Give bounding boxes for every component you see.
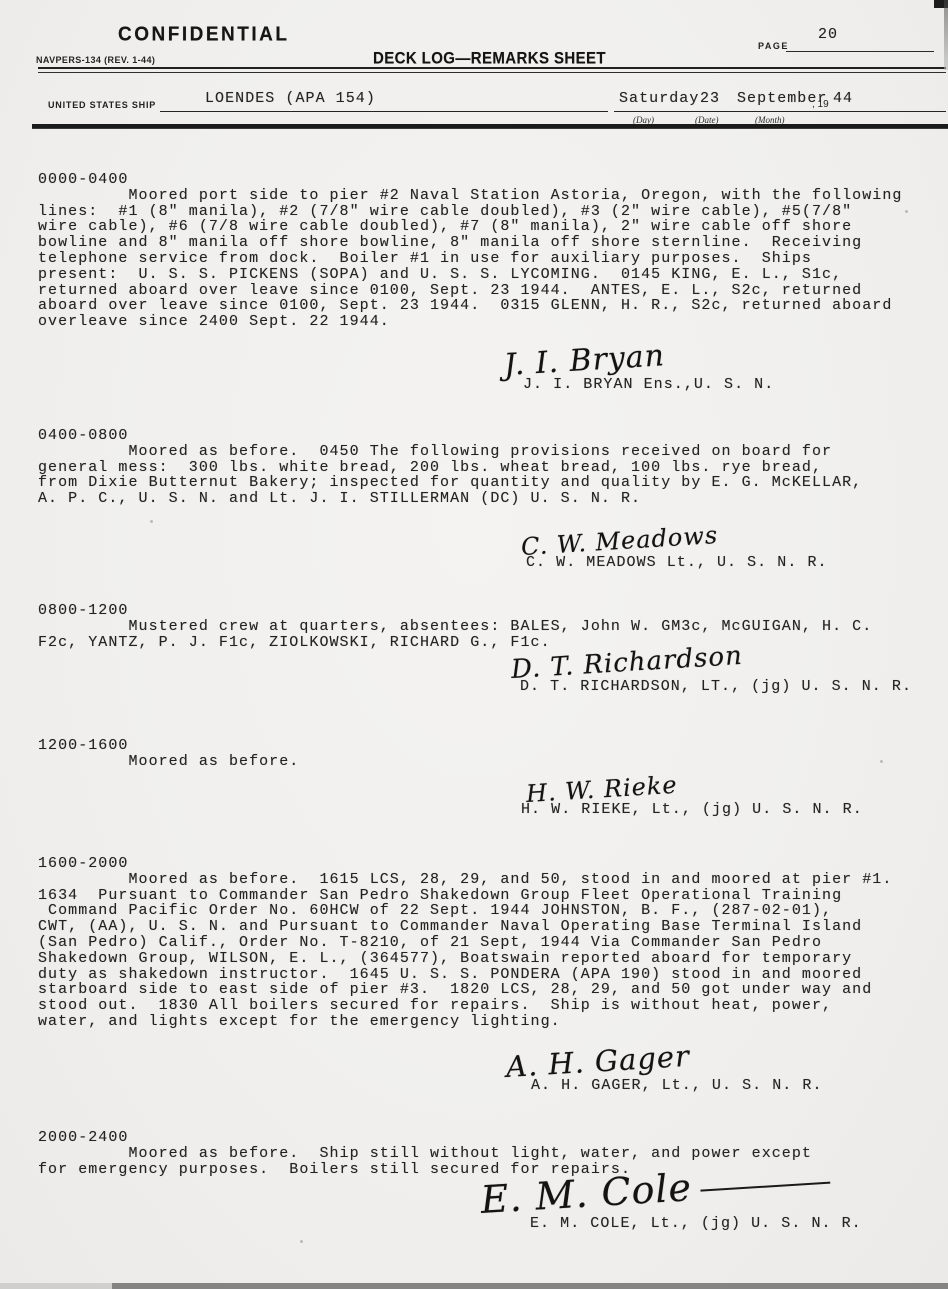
entry-line: lines: #1 (8" manila), #2 (7/8" wire cab… xyxy=(38,204,940,220)
scan-speck xyxy=(300,1240,303,1243)
entry-line: A. P. C., U. S. N. and Lt. J. I. STILLER… xyxy=(38,491,940,507)
entry-line: CWT, (AA), U. S. N. and Pursuant to Comm… xyxy=(38,919,940,935)
entry-line: Moored port side to pier #2 Naval Statio… xyxy=(38,188,940,204)
log-entry: 0000-0400 Moored port side to pier #2 Na… xyxy=(38,172,940,330)
signature-typed-name: C. W. MEADOWS Lt., U. S. N. R. xyxy=(526,555,948,571)
signature-handwriting: J. I. Bryan xyxy=(503,321,944,383)
signature-typed-name: D. T. RICHARDSON, LT., (jg) U. S. N. R. xyxy=(520,679,948,695)
entry-line: (San Pedro) Calif., Order No. T-8210, of… xyxy=(38,935,940,951)
signature-typed-name: E. M. COLE, Lt., (jg) U. S. N. R. xyxy=(530,1216,922,1232)
entry-line: bowline and 8" manila off shore bowline,… xyxy=(38,235,940,251)
classification-stamp: CONFIDENTIAL xyxy=(118,23,289,46)
entry-time-range: 1200-1600 xyxy=(38,738,940,754)
ship-name-underline xyxy=(160,111,608,112)
entry-line: general mess: 300 lbs. white bread, 200 … xyxy=(38,460,940,476)
signature-block: A. H. GagerA. H. GAGER, Lt., U. S. N. R. xyxy=(507,1050,947,1094)
ship-name: LOENDES (APA 154) xyxy=(205,91,376,107)
signature-typed-name: A. H. GAGER, Lt., U. S. N. R. xyxy=(531,1078,947,1094)
scan-speck xyxy=(905,210,908,213)
entry-line: aboard over leave since 0100, Sept. 23 1… xyxy=(38,298,940,314)
signature-block: C. W. MeadowsC. W. MEADOWS Lt., U. S. N.… xyxy=(522,533,948,571)
scan-right-edge xyxy=(944,0,948,70)
signature-block: D. T. RichardsonD. T. RICHARDSON, LT., (… xyxy=(512,655,948,695)
entry-line: Shakedown Group, WILSON, E. L., (364577)… xyxy=(38,951,940,967)
scan-bottom-bar xyxy=(112,1283,948,1289)
entry-line: stood out. 1830 All boilers secured for … xyxy=(38,998,940,1014)
entry-line: telephone service from dock. Boiler #1 i… xyxy=(38,251,940,267)
date-day: Saturday xyxy=(619,91,699,107)
entry-time-range: 0400-0800 xyxy=(38,428,940,444)
header-rule-top xyxy=(38,67,946,69)
page-title: DECK LOG—REMARKS SHEET xyxy=(373,49,606,67)
entry-time-range: 0000-0400 xyxy=(38,172,940,188)
header-rule-bottom xyxy=(38,72,946,73)
form-number: NAVPERS-134 (REV. 1-44) xyxy=(36,55,155,65)
entry-time-range: 0800-1200 xyxy=(38,603,940,619)
entry-line: Command Pacific Order No. 60HCW of 22 Se… xyxy=(38,903,940,919)
entry-line: returned aboard over leave since 0100, S… xyxy=(38,283,940,299)
year-prefix: , 19 xyxy=(812,99,829,110)
signature-block: E. M. ColeE. M. COLE, Lt., (jg) U. S. N.… xyxy=(482,1178,922,1232)
entry-line: Moored as before. 0450 The following pro… xyxy=(38,444,940,460)
signature-handwriting: C. W. Meadows xyxy=(520,506,948,561)
deck-log-scanned-page: { "form": { "classification": "CONFIDENT… xyxy=(0,0,948,1289)
signature-block: J. I. BryanJ. I. BRYAN Ens.,U. S. N. xyxy=(505,348,945,393)
date-underline xyxy=(614,111,946,112)
entry-line: from Dixie Butternut Bakery; inspected f… xyxy=(38,475,940,491)
signature-typed-name: J. I. BRYAN Ens.,U. S. N. xyxy=(523,377,945,393)
signature-block: H. W. RiekeH. W. RIEKE, Lt., (jg) U. S. … xyxy=(527,780,948,818)
entry-line: present: U. S. S. PICKENS (SOPA) and U. … xyxy=(38,267,940,283)
ship-label: UNITED STATES SHIP xyxy=(48,100,156,110)
header-heavy-rule xyxy=(32,124,948,129)
entry-line: Mustered crew at quarters, absentees: BA… xyxy=(38,619,940,635)
scan-bottom-fade xyxy=(0,1283,112,1289)
log-entry: 0400-0800 Moored as before. 0450 The fol… xyxy=(38,428,940,507)
entry-time-range: 1600-2000 xyxy=(38,856,940,872)
entry-line: 1634 Pursuant to Commander San Pedro Sha… xyxy=(38,888,940,904)
entry-time-range: 2000-2400 xyxy=(38,1130,940,1146)
entry-line: wire cable), #6 (7/8 wire cable doubled)… xyxy=(38,219,940,235)
page-number-underline xyxy=(786,51,934,52)
entry-line: overleave since 2400 Sept. 22 1944. xyxy=(38,314,940,330)
log-entry: 1600-2000 Moored as before. 1615 LCS, 28… xyxy=(38,856,940,1030)
signature-handwriting: A. H. Gager xyxy=(505,1023,946,1084)
date-number: 23 xyxy=(700,91,720,107)
entry-line: duty as shakedown instructor. 1645 U. S.… xyxy=(38,967,940,983)
scan-speck xyxy=(150,520,153,523)
page-label: PAGE xyxy=(758,41,789,51)
page-number: 20 xyxy=(818,27,838,43)
scan-speck xyxy=(880,760,883,763)
entry-line: water, and lights except for the emergen… xyxy=(38,1014,940,1030)
entry-line: starboard side to east side of pier #3. … xyxy=(38,982,940,998)
entry-line: Moored as before. 1615 LCS, 28, 29, and … xyxy=(38,872,940,888)
date-year: 44 xyxy=(833,91,853,107)
